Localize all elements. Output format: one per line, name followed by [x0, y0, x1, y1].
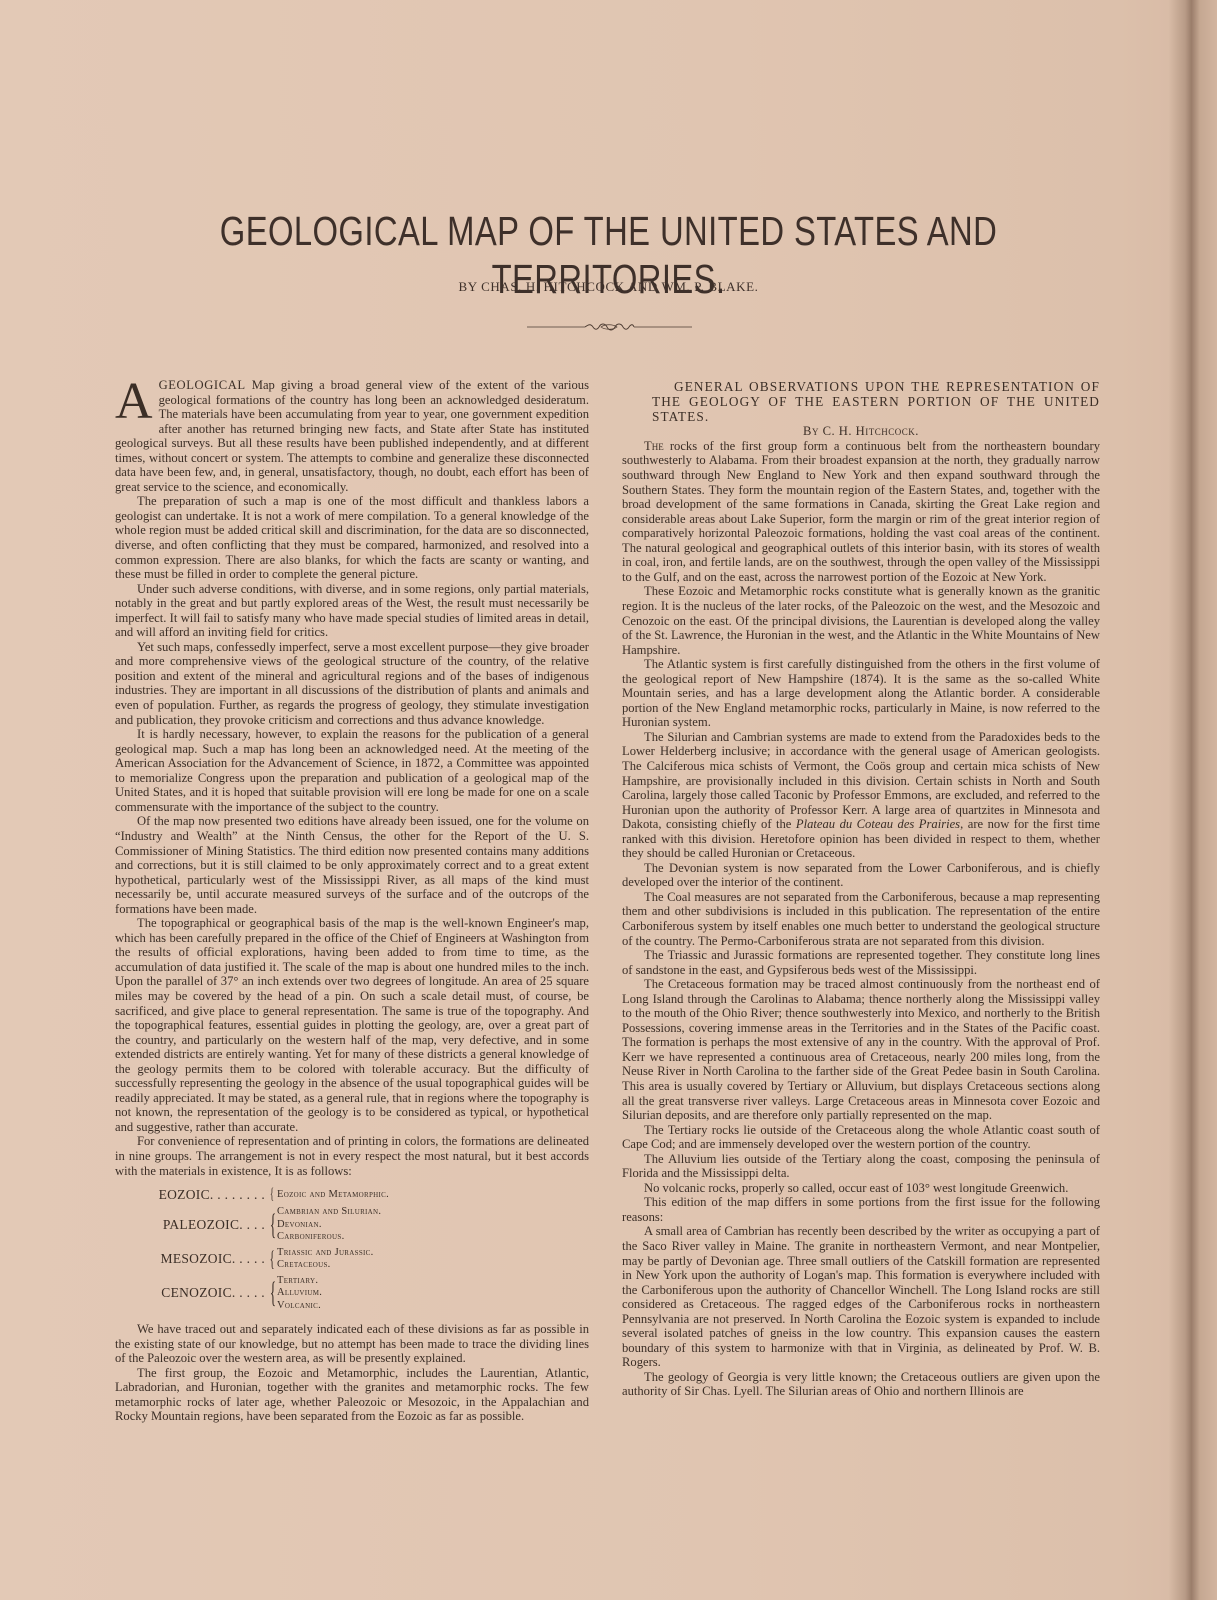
- formation-label: Alluvium.: [277, 1287, 322, 1300]
- brace-icon: {: [270, 1248, 275, 1270]
- formation-label: Volcanic.: [277, 1300, 322, 1313]
- paragraph: The Coal measures are not separated from…: [622, 890, 1100, 948]
- drop-cap: A: [115, 382, 153, 422]
- formation-label: Triassic and Jurassic.: [277, 1247, 374, 1260]
- lead-word: The: [644, 439, 664, 453]
- paragraph: The topographical or geographical basis …: [115, 916, 589, 1134]
- paragraph: The geology of Georgia is very little kn…: [622, 1370, 1100, 1399]
- era-label: CENOZOIC. . . . .: [115, 1286, 267, 1301]
- paragraph: The Devonian system is now separated fro…: [622, 861, 1100, 890]
- paragraph: Yet such maps, confessedly imperfect, se…: [115, 640, 589, 727]
- intro-text: Map giving a broad general view of the e…: [115, 378, 589, 494]
- paragraph: For convenience of representation and of…: [115, 1134, 589, 1178]
- group-paleozoic: PALEOZOIC. . . . { Cambrian and Silurian…: [115, 1206, 589, 1244]
- paragraph: We have traced out and separately indica…: [115, 1322, 589, 1366]
- paragraph: Of the map now presented two editions ha…: [115, 814, 589, 916]
- paragraph: No volcanic rocks, properly so called, o…: [622, 1181, 1100, 1196]
- era-label: PALEOZOIC. . . .: [115, 1218, 267, 1233]
- lead-caps: GEOLOGICAL: [159, 378, 246, 392]
- left-column: AGEOLOGICAL Map giving a broad general v…: [115, 378, 589, 1424]
- formation-label: Eozoic and Metamorphic.: [277, 1189, 389, 1202]
- group-eozoic: EOZOIC. . . . . . . . { Eozoic and Metam…: [115, 1187, 589, 1203]
- right-column: GENERAL OBSERVATIONS UPON THE REPRESENTA…: [622, 380, 1100, 1399]
- section-author: By C. H. Hitchcock.: [622, 424, 1100, 439]
- paragraph: The Atlantic system is first carefully d…: [622, 657, 1100, 730]
- page: GEOLOGICAL MAP OF THE UNITED STATES AND …: [0, 0, 1217, 1600]
- paragraph: The rocks of the first group form a cont…: [622, 439, 1100, 584]
- era-label: EOZOIC. . . . . . . .: [115, 1188, 267, 1203]
- italic-phrase: Plateau du Coteau des Prairies: [796, 817, 960, 831]
- formation-label: Tertiary.: [277, 1275, 322, 1288]
- paragraph: A small area of Cambrian has recently be…: [622, 1224, 1100, 1369]
- paragraph: This edition of the map differs in some …: [622, 1195, 1100, 1224]
- group-cenozoic: CENOZOIC. . . . . { Tertiary. Alluvium. …: [115, 1275, 589, 1313]
- paragraph: The Tertiary rocks lie outside of the Cr…: [622, 1123, 1100, 1152]
- paragraph: These Eozoic and Metamorphic rocks const…: [622, 584, 1100, 657]
- paragraph: The first group, the Eozoic and Metamorp…: [115, 1366, 589, 1424]
- section-heading: GENERAL OBSERVATIONS UPON THE REPRESENTA…: [622, 380, 1100, 424]
- group-mesozoic: MESOZOIC. . . . . { Triassic and Jurassi…: [115, 1247, 589, 1272]
- brace-icon: {: [269, 1187, 275, 1203]
- formation-groups-table: EOZOIC. . . . . . . . { Eozoic and Metam…: [115, 1187, 589, 1312]
- paragraph-text: rocks of the first group form a continuo…: [622, 439, 1100, 584]
- byline: BY CHAS. H. HITCHCOCK AND WM. P. BLAKE.: [0, 279, 1217, 295]
- paragraph-text: The Silurian and Cambrian systems are ma…: [622, 730, 1100, 831]
- formation-label: Cambrian and Silurian.: [277, 1206, 381, 1219]
- formation-label: Cretaceous.: [277, 1259, 374, 1272]
- ornament-divider-icon: [527, 321, 692, 333]
- paragraph: The Silurian and Cambrian systems are ma…: [622, 730, 1100, 861]
- paragraph: The Alluvium lies outside of the Tertiar…: [622, 1152, 1100, 1181]
- paragraph: Under such adverse conditions, with dive…: [115, 582, 589, 640]
- brace-icon: {: [270, 1278, 275, 1308]
- intro-paragraph: AGEOLOGICAL Map giving a broad general v…: [115, 378, 589, 494]
- era-label: MESOZOIC. . . . .: [115, 1252, 267, 1267]
- paragraph: It is hardly necessary, however, to expl…: [115, 727, 589, 814]
- formation-label: Carboniferous.: [277, 1231, 381, 1244]
- paragraph: The Triassic and Jurassic formations are…: [622, 948, 1100, 977]
- paragraph: The Cretaceous formation may be traced a…: [622, 977, 1100, 1122]
- brace-icon: {: [270, 1210, 275, 1240]
- formation-label: Devonian.: [277, 1219, 381, 1232]
- paragraph: The preparation of such a map is one of …: [115, 494, 589, 581]
